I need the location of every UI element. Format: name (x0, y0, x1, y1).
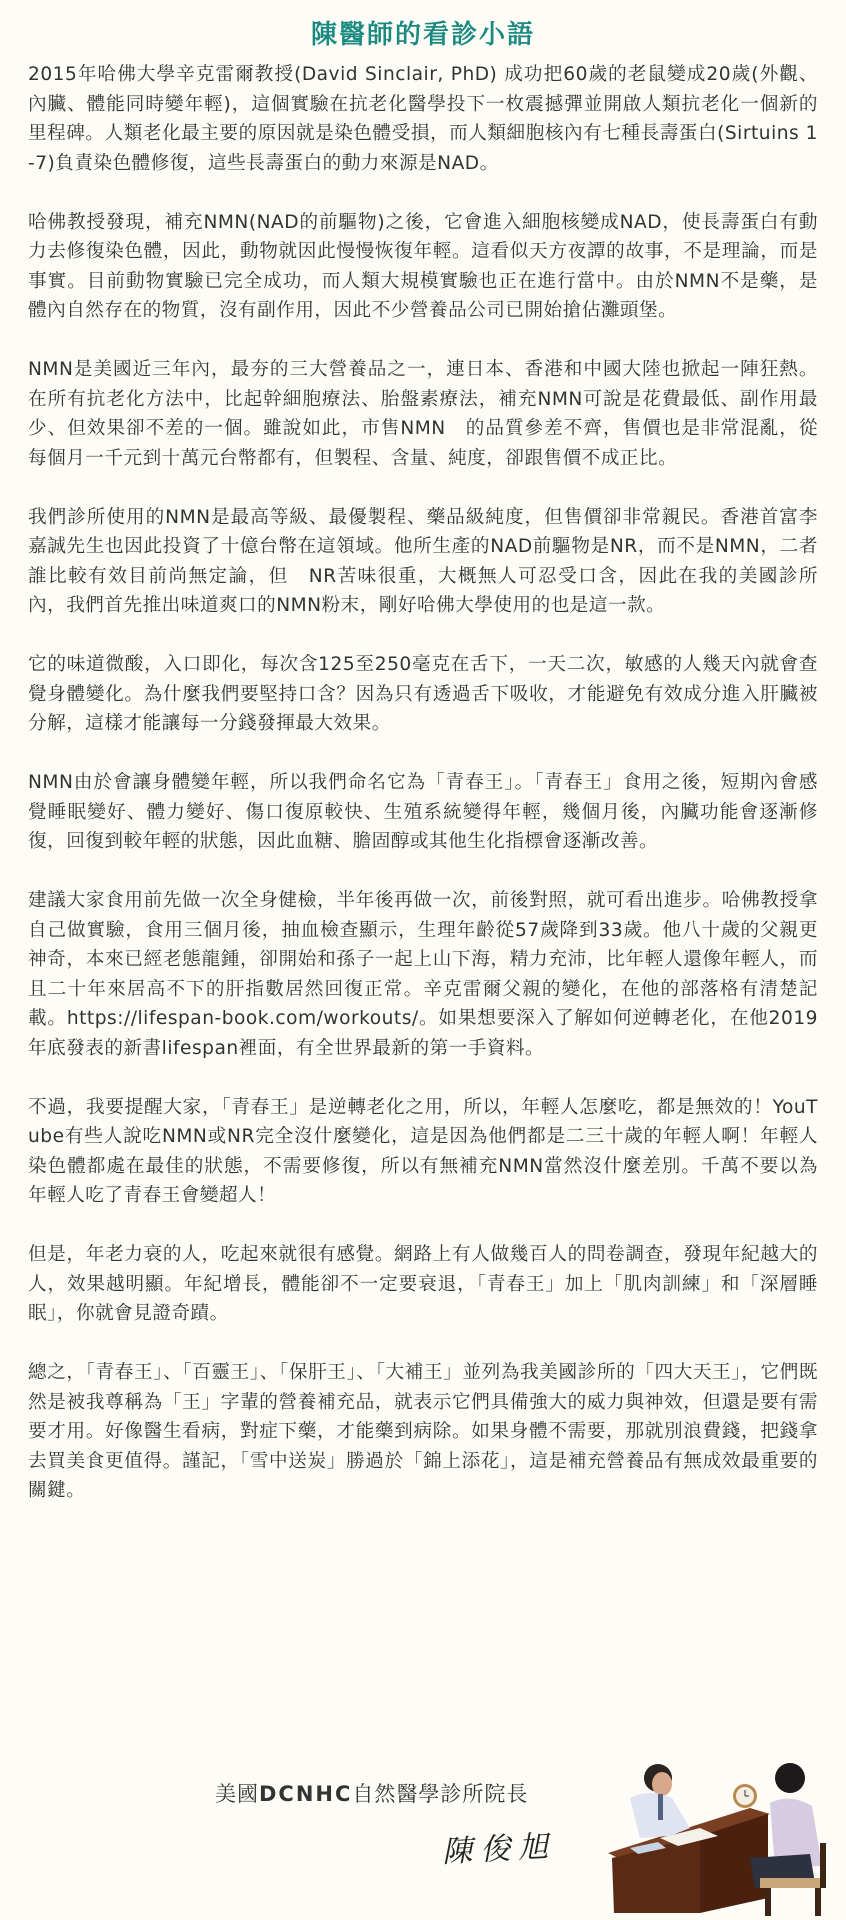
page-title: 陳醫師的看診小語 (0, 14, 846, 51)
signature-block: 美國DCNHC自然醫學診所院長 陳俊旭 (0, 1778, 846, 1920)
paragraph-3: NMN是美國近三年內，最夯的三大營養品之一，連日本、香港和中國大陸也掀起一陣狂熱… (28, 355, 818, 473)
clinic-prefix: 美國 (215, 1782, 259, 1806)
paragraph-6: NMN由於會讓身體變年輕，所以我們命名它為「青春王」。「青春王」食用之後，短期內… (28, 768, 818, 857)
paragraph-1: 2015年哈佛大學辛克雷爾教授(David Sinclair, PhD) 成功把… (28, 60, 818, 178)
paragraph-4: 我們診所使用的NMN是最高等級、最優製程、藥品級純度，但售價卻非常親民。香港首富… (28, 503, 818, 621)
paragraph-5: 它的味道微酸，入口即化，每次含125至250毫克在舌下，一天二次，敏感的人幾天內… (28, 650, 818, 739)
paragraph-2: 哈佛教授發現，補充NMN(NAD的前驅物)之後，它會進入細胞核變成NAD，使長壽… (28, 208, 818, 326)
clinic-director-title: 美國DCNHC自然醫學診所院長 (215, 1778, 528, 1808)
clinic-suffix: 自然醫學診所院長 (352, 1782, 528, 1806)
handwritten-signature: 陳俊旭 (441, 1821, 557, 1871)
paragraph-10: 總之，「青春王」、「百靈王」、「保肝王」、「大補王」並列為我美國診所的「四大天王… (28, 1358, 818, 1506)
consultation-illustration-icon (600, 1748, 830, 1918)
article-body: 2015年哈佛大學辛克雷爾教授(David Sinclair, PhD) 成功把… (28, 60, 818, 1535)
paragraph-9: 但是，年老力衰的人，吃起來就很有感覺。網路上有人做幾百人的問卷調查，發現年紀越大… (28, 1240, 818, 1329)
consultation-photo (600, 1748, 830, 1918)
clinic-abbr: DCNHC (259, 1782, 352, 1806)
paragraph-7: 建議大家食用前先做一次全身健檢，半年後再做一次，前後對照，就可看出進步。哈佛教授… (28, 886, 818, 1063)
paragraph-8: 不過，我要提醒大家，「青春王」是逆轉老化之用，所以，年輕人怎麼吃，都是無效的！Y… (28, 1093, 818, 1211)
